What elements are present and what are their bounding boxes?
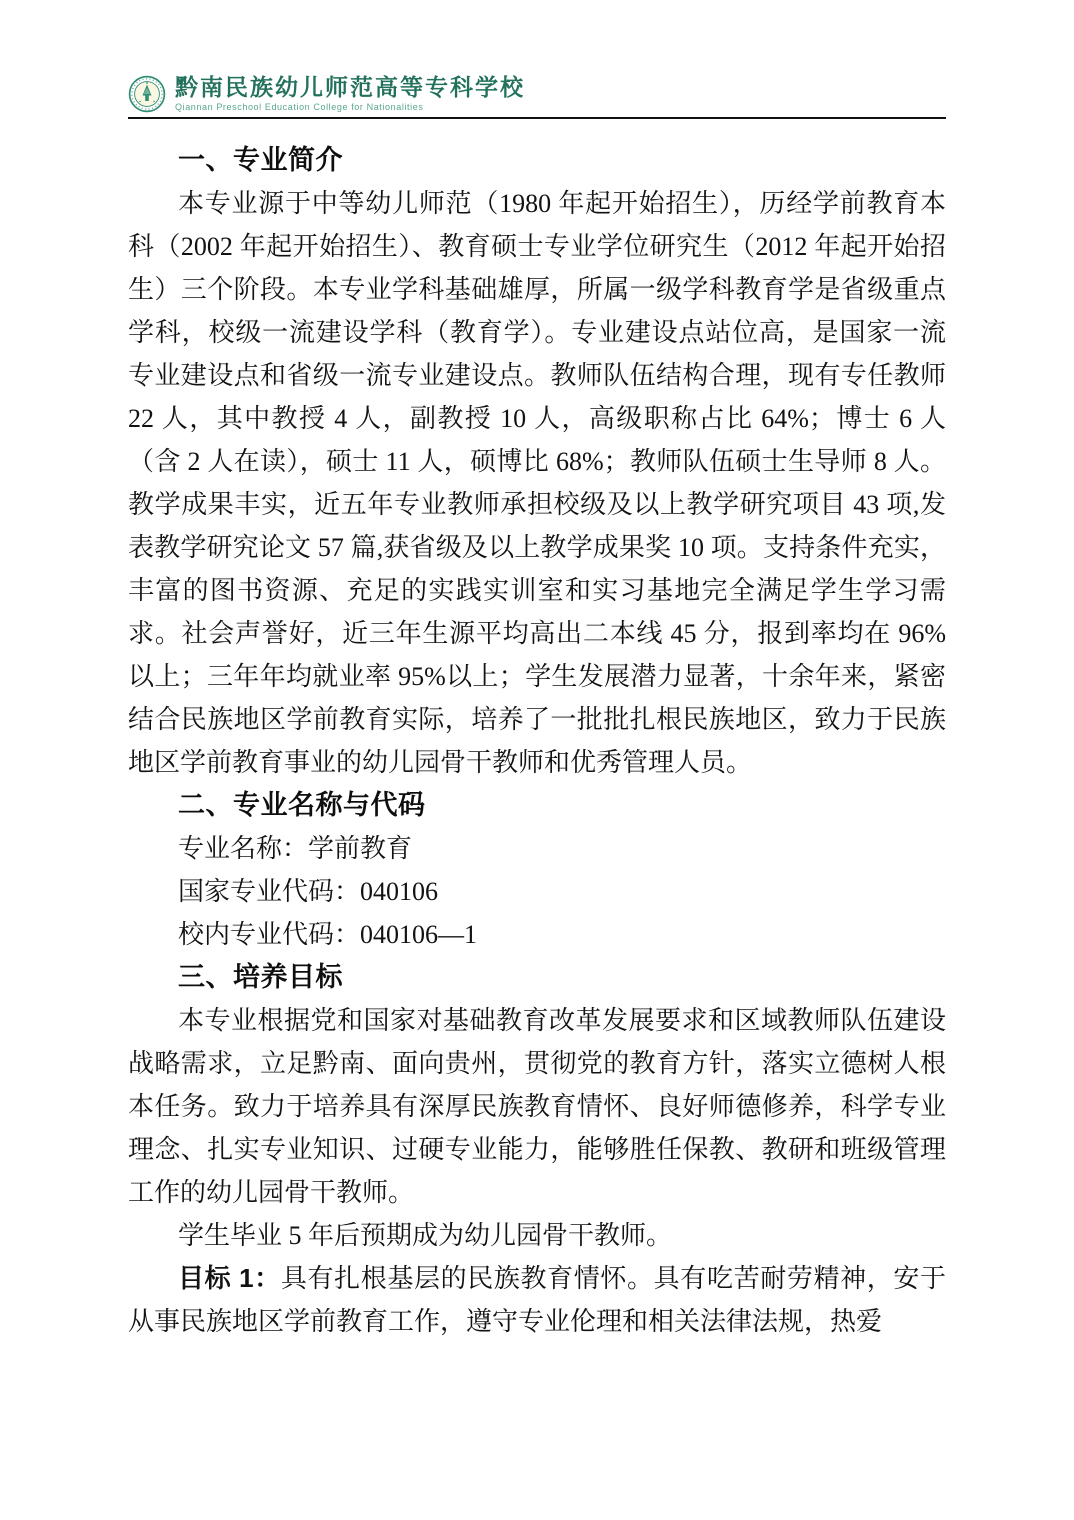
- goal-1-label: 目标 1：: [178, 1263, 281, 1293]
- goal-1-paragraph: 目标 1：具有扎根基层的民族教育情怀。具有吃苦耐劳精神，安于从事民族地区学前教育…: [128, 1257, 946, 1343]
- section-heading-name-code: 二、专业名称与代码: [128, 784, 946, 827]
- document-body: 一、专业简介 本专业源于中等幼儿师范（1980 年起开始招生），历经学前教育本科…: [128, 139, 946, 1343]
- section-heading-objectives: 三、培养目标: [128, 956, 946, 999]
- school-name-en: Qiannan Preschool Education College for …: [175, 102, 525, 112]
- school-emblem-icon: [128, 75, 166, 113]
- major-name-value: 学前教育: [308, 834, 412, 863]
- school-code-value: 040106—1: [360, 920, 477, 949]
- school-name-block: 黔南民族幼儿师范高等专科学校 Qiannan Preschool Educati…: [175, 76, 525, 112]
- objectives-paragraph: 本专业根据党和国家对基础教育改革发展要求和区域教师队伍建设战略需求，立足黔南、面…: [128, 999, 946, 1214]
- major-name-line: 专业名称：学前教育: [128, 827, 946, 870]
- national-code-value: 040106: [360, 877, 438, 906]
- national-code-line: 国家专业代码：040106: [128, 870, 946, 913]
- section-heading-intro: 一、专业简介: [128, 139, 946, 182]
- page-header: 黔南民族幼儿师范高等专科学校 Qiannan Preschool Educati…: [128, 74, 946, 119]
- school-name-zh: 黔南民族幼儿师范高等专科学校: [175, 76, 525, 100]
- school-code-label: 校内专业代码：: [178, 920, 360, 949]
- major-name-label: 专业名称：: [178, 834, 308, 863]
- graduate-expectation-line: 学生毕业 5 年后预期成为幼儿园骨干教师。: [128, 1214, 946, 1257]
- intro-paragraph: 本专业源于中等幼儿师范（1980 年起开始招生），历经学前教育本科（2002 年…: [128, 182, 946, 784]
- school-code-line: 校内专业代码：040106—1: [128, 913, 946, 956]
- national-code-label: 国家专业代码：: [178, 877, 360, 906]
- document-page: 黔南民族幼儿师范高等专科学校 Qiannan Preschool Educati…: [0, 0, 1074, 1520]
- header-divider: [128, 117, 946, 119]
- school-logo: 黔南民族幼儿师范高等专科学校 Qiannan Preschool Educati…: [128, 74, 946, 114]
